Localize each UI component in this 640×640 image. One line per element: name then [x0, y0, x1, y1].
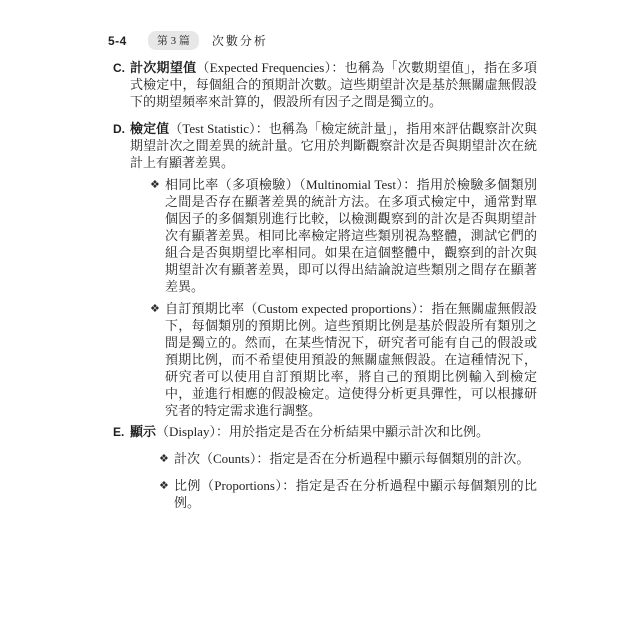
bullet-text: 計次（Counts）：指定是否在分析過程中顯示每個類別的計次。 — [174, 450, 537, 468]
bullet-multinomial-test: ❖ 相同比率（多項檢驗）（Multinomial Test）：指用於檢驗多個類別… — [150, 176, 537, 295]
bullet-counts: ❖ 計次（Counts）：指定是否在分析過程中顯示每個類別的計次。 — [159, 450, 537, 468]
bullet-proportions: ❖ 比例（Proportions）：指定是否在分析過程中顯示每個類別的比例。 — [159, 477, 537, 511]
item-expected-frequencies: C. 計次期望值（Expected Frequencies）：也稱為「次數期望值… — [113, 59, 537, 110]
bullet-text: 自訂預期比率（Custom expected proportions）：指在無關… — [165, 300, 537, 419]
item-text: 檢定值（Test Statistic）：也稱為「檢定統計量」，指用來評估觀察計次… — [130, 120, 537, 171]
bullet-custom-expected-proportions: ❖ 自訂預期比率（Custom expected proportions）：指在… — [150, 300, 537, 419]
item-label: E. — [113, 423, 130, 441]
bullet-text: 相同比率（多項檢驗）（Multinomial Test）：指用於檢驗多個類別之間… — [165, 176, 537, 295]
item-term: 計次期望值 — [130, 60, 196, 75]
item-body: （Display）：用於指定是否在分析結果中顯示計次和比例。 — [156, 424, 489, 439]
diamond-bullet-icon: ❖ — [150, 176, 165, 295]
section-title: 次數分析 — [212, 32, 268, 49]
page-header: 5-4 第 3 篇 次數分析 — [108, 31, 268, 50]
item-display: E. 顯示（Display）：用於指定是否在分析結果中顯示計次和比例。 — [113, 423, 537, 441]
diamond-bullet-icon: ❖ — [150, 300, 165, 419]
item-term: 檢定值 — [130, 121, 169, 136]
page-content: C. 計次期望值（Expected Frequencies）：也稱為「次數期望值… — [113, 59, 537, 511]
bullet-text: 比例（Proportions）：指定是否在分析過程中顯示每個類別的比例。 — [174, 477, 537, 511]
item-term: 顯示 — [130, 424, 156, 439]
item-test-statistic: D. 檢定值（Test Statistic）：也稱為「檢定統計量」，指用來評估觀… — [113, 120, 537, 171]
item-body: （Test Statistic）：也稱為「檢定統計量」，指用來評估觀察計次與期望… — [130, 121, 537, 170]
book-page: 5-4 第 3 篇 次數分析 C. 計次期望值（Expected Frequen… — [0, 0, 640, 640]
item-text: 計次期望值（Expected Frequencies）：也稱為「次數期望值」，指… — [130, 59, 537, 110]
part-badge: 第 3 篇 — [148, 31, 199, 50]
item-text: 顯示（Display）：用於指定是否在分析結果中顯示計次和比例。 — [130, 423, 537, 441]
diamond-bullet-icon: ❖ — [159, 477, 174, 511]
item-label: C. — [113, 59, 130, 110]
page-number: 5-4 — [108, 34, 127, 48]
item-label: D. — [113, 120, 130, 171]
diamond-bullet-icon: ❖ — [159, 450, 174, 468]
